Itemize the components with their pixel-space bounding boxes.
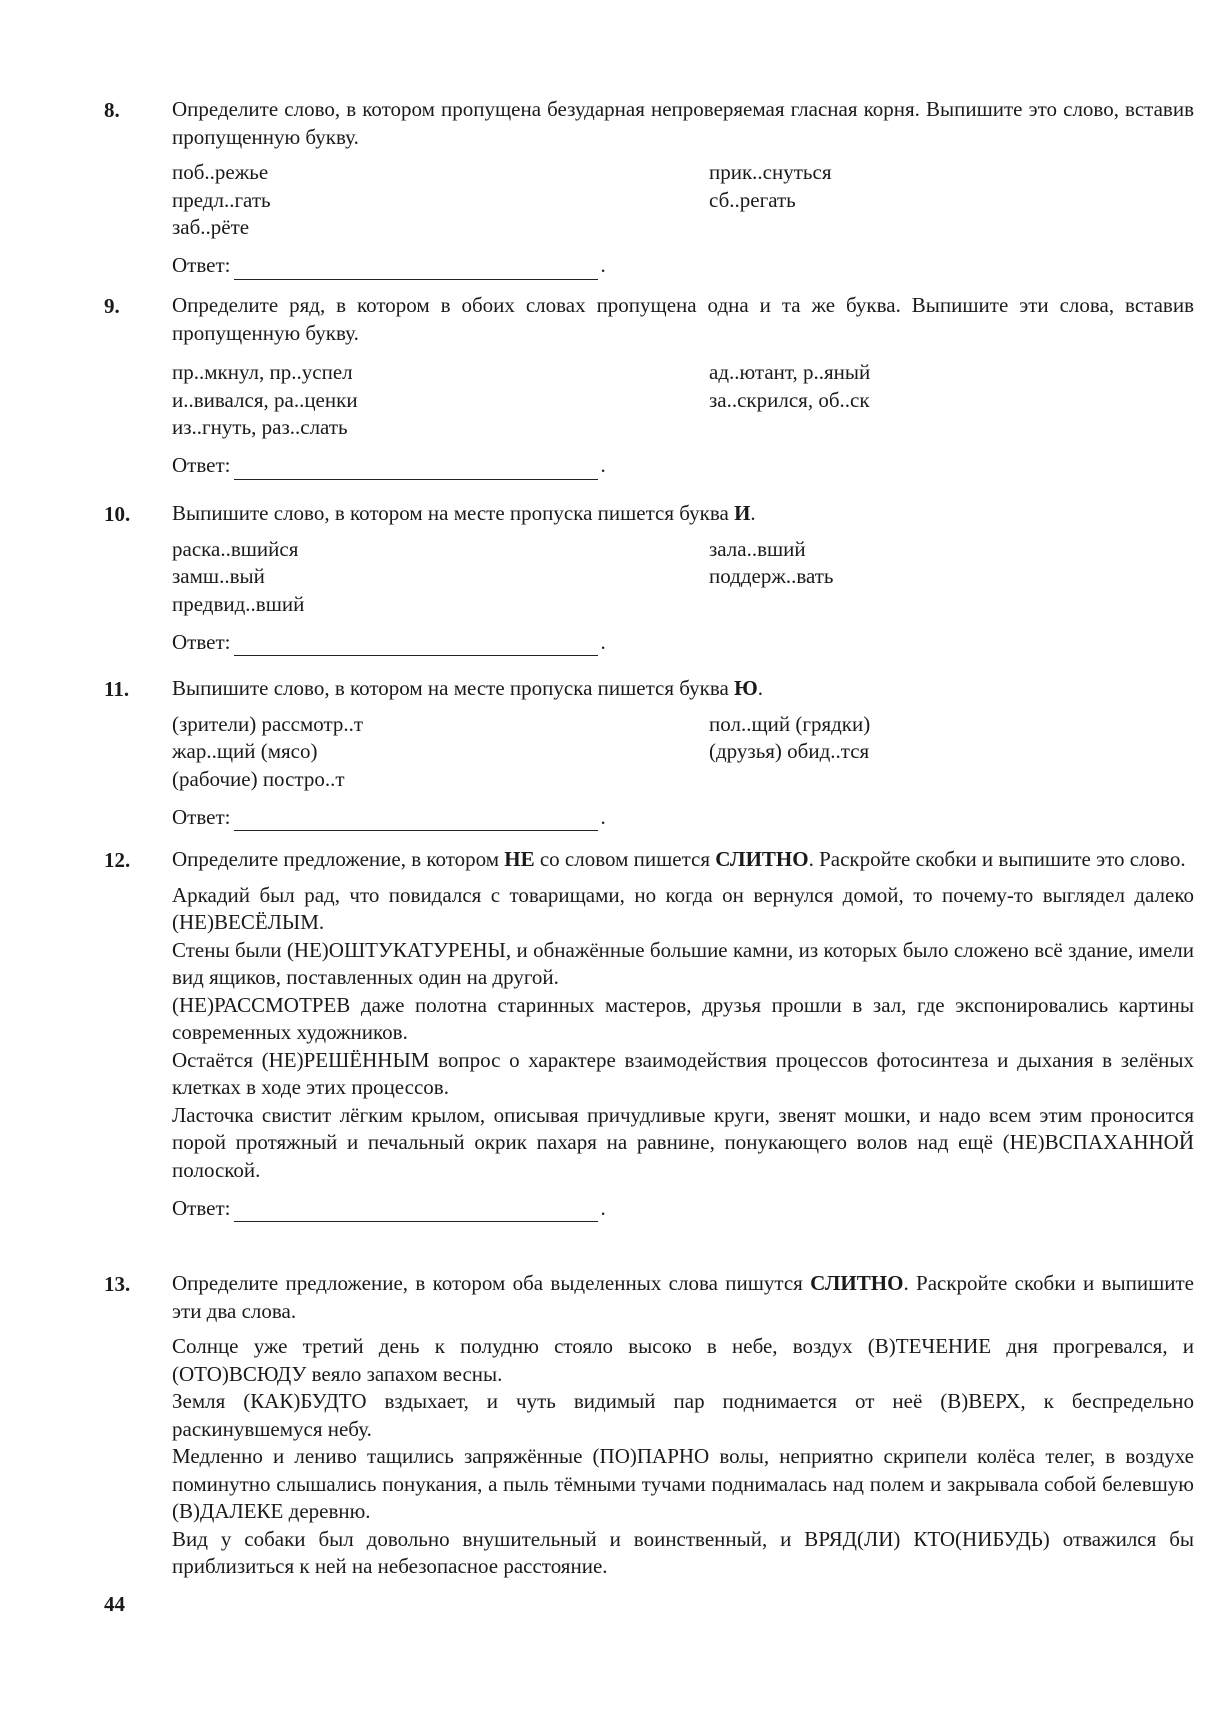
sentence: Земля (КАК)БУДТО вздыхает, и чуть видимы… [172,1388,1194,1443]
option: пол..щий (грядки) [709,711,1194,739]
answer-field[interactable] [234,810,598,831]
sentence: Солнце уже третий день к полудню стояло … [172,1333,1194,1388]
option: пр..мкнул, пр..успел [172,359,709,387]
task-9: 9. Определите ряд, в котором в обоих сло… [104,292,1194,480]
option: заб..рёте [172,214,709,242]
task-number: 8. [104,96,120,124]
option: сб..регать [709,187,1194,215]
task-question: Выпишите слово, в котором на месте пропу… [172,675,1194,703]
sentences: Солнце уже третий день к полудню стояло … [172,1333,1194,1581]
task-question: Определите слово, в котором пропущена бе… [172,96,1194,151]
option: (зрители) рассмотр..т [172,711,709,739]
sentence: Аркадий был рад, что повидался с товарищ… [172,882,1194,937]
task-10: 10. Выпишите слово, в котором на месте п… [104,500,1194,656]
option: поб..режье [172,159,709,187]
option: поддерж..вать [709,563,1194,591]
option: предл..гать [172,187,709,215]
sentence: Вид у собаки был довольно внушительный и… [172,1526,1194,1581]
option: ад..ютант, р..яный [709,359,1194,387]
option: и..вивался, ра..ценки [172,387,709,415]
option: (друзья) обид..тся [709,738,1194,766]
option: прик..снуться [709,159,1194,187]
options-grid: раска..вшийся зала..вший замш..вый подде… [172,536,1194,619]
answer-label: Ответ: [172,452,230,480]
answer-label: Ответ: [172,629,230,657]
sentences: Аркадий был рад, что повидался с товарищ… [172,882,1194,1185]
task-number: 11. [104,675,129,703]
task-12: 12. Определите предложение, в котором НЕ… [104,846,1194,1222]
answer-row: Ответ: . [172,1192,1194,1222]
sentence: Остаётся (НЕ)РЕШЁННЫМ вопрос о характере… [172,1047,1194,1102]
answer-label: Ответ: [172,804,230,832]
task-question: Определите предложение, в котором оба вы… [172,1270,1194,1325]
option: за..скрился, об..ск [709,387,1194,415]
page-number: 44 [104,1592,125,1617]
options-grid: поб..режье прик..снуться предл..гать сб.… [172,159,1194,242]
option: предвид..вший [172,591,709,619]
sentence: Медленно и лениво тащились запряжённые (… [172,1443,1194,1526]
task-number: 13. [104,1270,130,1298]
task-question: Определите предложение, в котором НЕ со … [172,846,1194,874]
task-8: 8. Определите слово, в котором пропущена… [104,96,1194,280]
answer-field[interactable] [234,1201,598,1222]
sentence: Стены были (НЕ)ОШТУКАТУРЕНЫ, и обнажённы… [172,937,1194,992]
option: жар..щий (мясо) [172,738,709,766]
options-grid: (зрители) рассмотр..т пол..щий (грядки) … [172,711,1194,794]
sentence: (НЕ)РАССМОТРЕВ даже полотна старинных ма… [172,992,1194,1047]
task-13: 13. Определите предложение, в котором об… [104,1270,1194,1581]
option: зала..вший [709,536,1194,564]
task-number: 10. [104,500,130,528]
task-question: Выпишите слово, в котором на месте пропу… [172,500,1194,528]
task-number: 12. [104,846,130,874]
task-number: 9. [104,292,120,320]
option: замш..вый [172,563,709,591]
task-11: 11. Выпишите слово, в котором на месте п… [104,675,1194,831]
answer-row: Ответ: . [172,450,1194,480]
option: из..гнуть, раз..слать [172,414,709,442]
task-question: Определите ряд, в котором в обоих словах… [172,292,1194,347]
answer-row: Ответ: . [172,626,1194,656]
answer-field[interactable] [234,259,598,280]
answer-field[interactable] [234,459,598,480]
answer-row: Ответ: . [172,250,1194,280]
options-grid: пр..мкнул, пр..успел ад..ютант, р..яный … [172,359,1194,442]
sentence: Ласточка свистит лёгким крылом, описывая… [172,1102,1194,1185]
answer-row: Ответ: . [172,801,1194,831]
answer-label: Ответ: [172,252,230,280]
option: раска..вшийся [172,536,709,564]
answer-label: Ответ: [172,1195,230,1223]
answer-field[interactable] [234,635,598,656]
option: (рабочие) постро..т [172,766,709,794]
exam-page: 8. Определите слово, в котором пропущена… [0,0,1210,1712]
